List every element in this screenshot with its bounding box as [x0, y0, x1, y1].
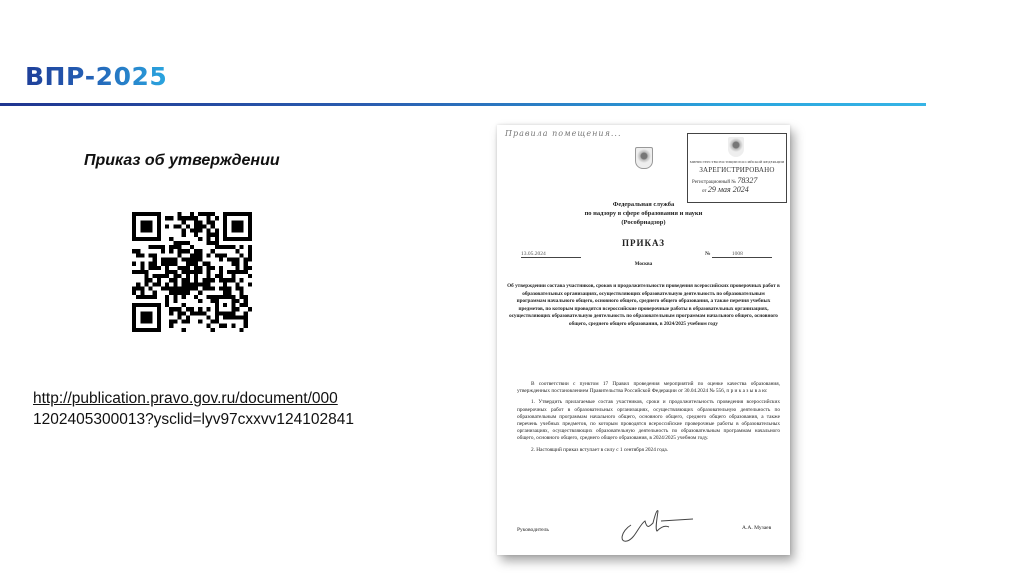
agency-name: Федеральная служба по надзору в сфере об… — [497, 200, 790, 227]
document-type: ПРИКАЗ — [497, 238, 790, 248]
coat-of-arms-icon — [635, 147, 653, 169]
stamp-org: МИНИСТЕРСТВО ЮСТИЦИИ РОССИЙСКОЙ ФЕДЕРАЦИ… — [688, 160, 786, 164]
document-date: 13.05.2024 — [521, 251, 581, 258]
document-scan: Правила помещения... МИНИСТЕРСТВО ЮСТИЦИ… — [497, 125, 790, 555]
preamble: В соответствии с пунктом 17 Правил прове… — [517, 381, 780, 395]
registration-stamp: МИНИСТЕРСТВО ЮСТИЦИИ РОССИЙСКОЙ ФЕДЕРАЦИ… — [687, 133, 787, 203]
stamp-reg-value: 78327 — [737, 176, 757, 185]
document-body: В соответствии с пунктом 17 Правил прове… — [517, 381, 780, 458]
signer-name: А.А. Музаев — [742, 525, 771, 531]
order-item-1: 1. Утвердить прилагаемые состав участник… — [517, 399, 780, 442]
stamp-emblem-icon — [728, 137, 744, 157]
stamp-status: ЗАРЕГИСТРИРОВАНО — [688, 166, 786, 174]
document-number: № 1008 — [705, 251, 772, 258]
signer-role: Руководитель — [517, 527, 549, 533]
agency-line: по надзору в сфере образования и науки — [497, 209, 790, 218]
link-line-2[interactable]: 1202405300013?ysclid=lyv97cxxvv124102841 — [33, 409, 354, 430]
number-value: 1008 — [712, 251, 772, 258]
subtitle: Приказ об утверждении — [84, 152, 280, 170]
order-item-2: 2. Настоящий приказ вступает в силу с 1 … — [517, 447, 780, 454]
document-city: Москва — [497, 262, 790, 267]
link-line-1[interactable]: http://publication.pravo.gov.ru/document… — [33, 388, 354, 409]
document-link[interactable]: http://publication.pravo.gov.ru/document… — [33, 388, 354, 430]
number-label: № — [705, 251, 711, 257]
agency-line: Федеральная служба — [497, 200, 790, 209]
agency-line: (Рособрнадзор) — [497, 218, 790, 227]
stamp-date-prefix: от — [702, 189, 707, 194]
title-divider — [0, 103, 926, 106]
handwritten-note: Правила помещения... — [505, 129, 622, 138]
slide-title: ВПР-2025 — [25, 62, 167, 91]
qr-code-icon[interactable] — [132, 212, 252, 332]
stamp-date: от 29 мая 2024 — [688, 185, 786, 194]
stamp-reg-number: Регистрационный № 78327 — [688, 176, 786, 185]
document-subject: Об утверждении состава участников, сроко… — [497, 283, 790, 329]
signature-icon — [617, 505, 697, 545]
stamp-date-value: 29 мая 2024 — [708, 185, 749, 194]
